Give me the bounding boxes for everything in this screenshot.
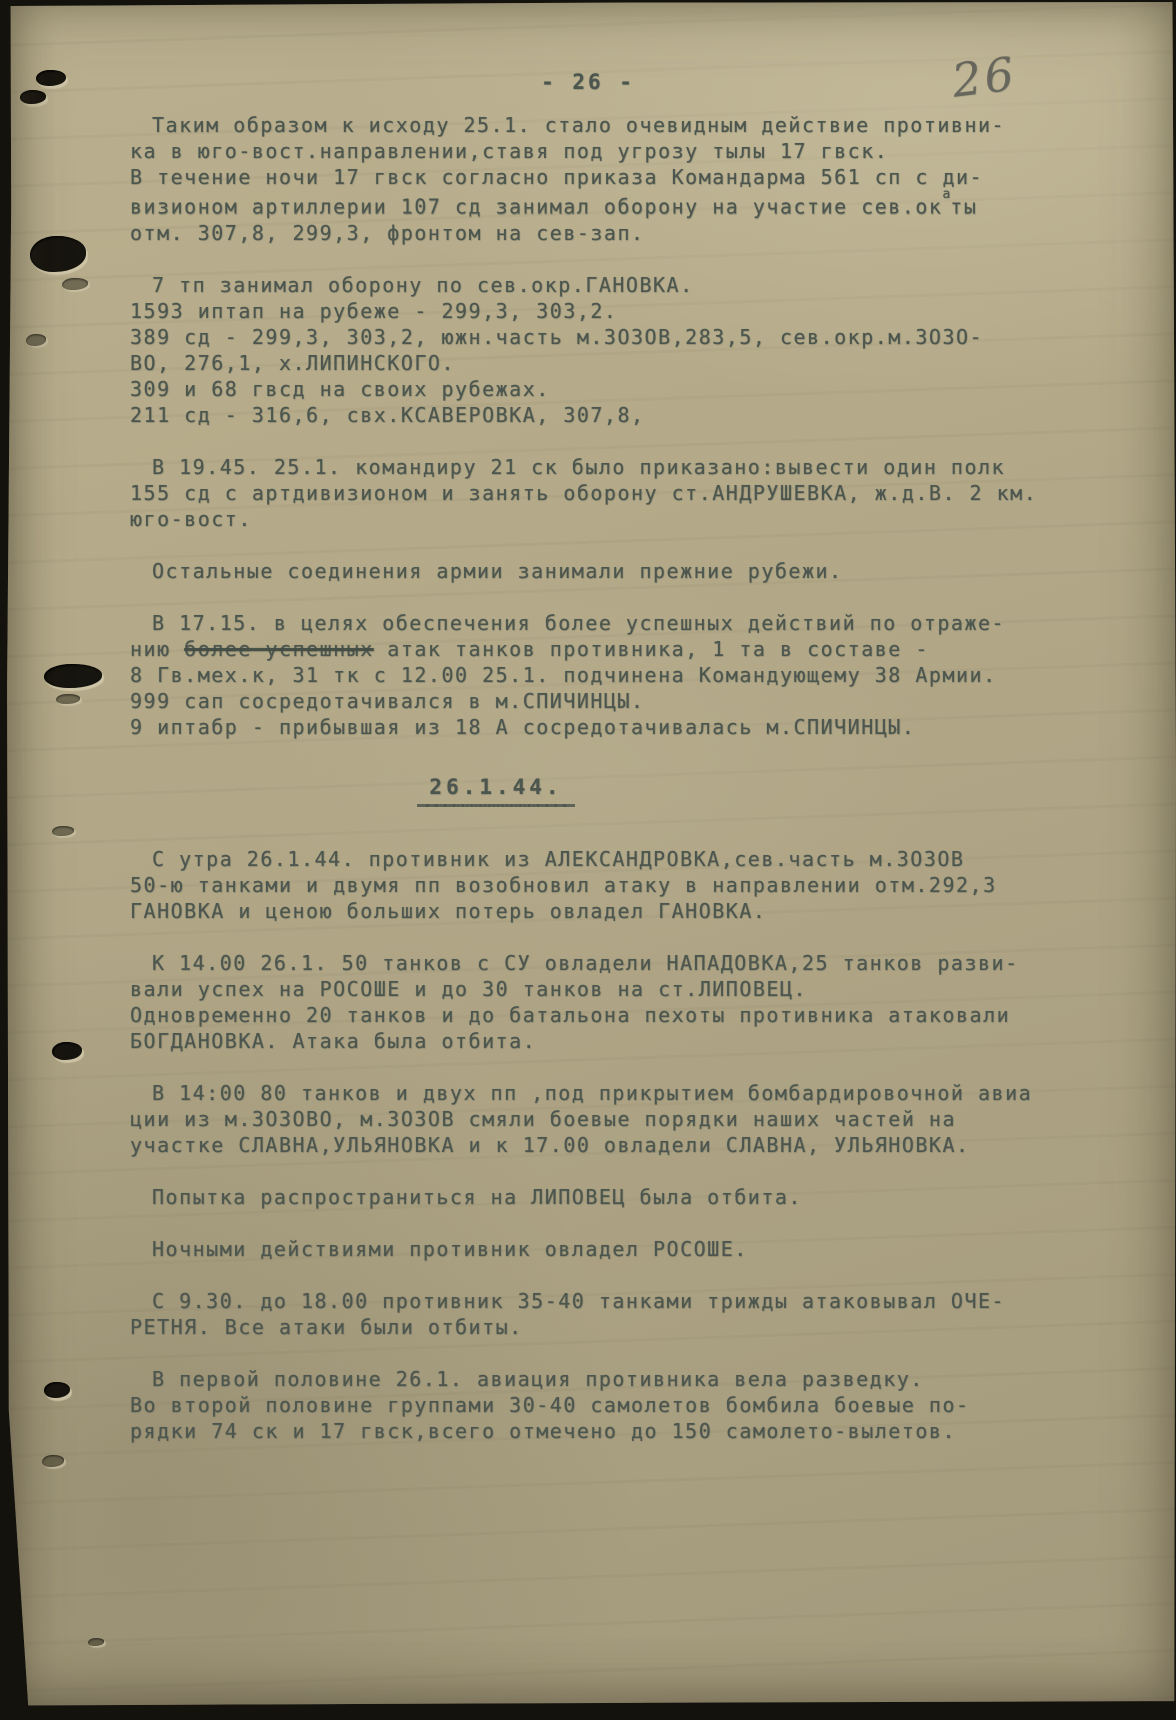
paper-hole (44, 1382, 70, 1398)
text-line: отм. 307,8, 299,3, фронтом на сев-зап. (130, 221, 645, 245)
scanned-document-page: { "page_header": { "typed_page_number": … (0, 0, 1176, 1720)
text-line: вали успех на РОСОШЕ и до 30 танков на с… (130, 977, 807, 1001)
text-line: 309 и 68 гвсд на своих рубежах. (130, 377, 550, 401)
paragraph: С утра 26.1.44. противник из АЛЕКСАНДРОВ… (130, 846, 1052, 924)
text-line: ГАНОВКА и ценою больших потерь овладел Г… (130, 899, 766, 923)
handwritten-page-number: 26 (949, 46, 1020, 107)
text-line: 155 сд с артдивизионом и занять оборону … (130, 481, 1037, 505)
date-heading-text: 26.1.44. (417, 775, 574, 807)
date-heading: 26.1.44. (35, 774, 957, 800)
paper-hole (44, 664, 102, 688)
text-line: 1593 иптап на рубеже - 299,3, 303,2. (130, 299, 617, 323)
document-body: Таким образом к исходу 25.1. стало очеви… (130, 112, 1052, 1470)
text-line: В первой половине 26.1. авиация противни… (152, 1367, 924, 1391)
text-line: БОГДАНОВКА. Атака была отбита. (130, 1029, 536, 1053)
text-line: нию (130, 637, 184, 661)
text-line: В 17.15. в целях обеспечения более успеш… (152, 611, 1005, 635)
text-line: атак танков противника, 1 та в составе - (374, 637, 929, 661)
paper-tear (56, 694, 80, 704)
paragraph: В 17.15. в целях обеспечения более успеш… (130, 610, 1052, 740)
paper-hole (20, 90, 46, 104)
paper-tear (26, 334, 46, 346)
paragraph: В первой половине 26.1. авиация противни… (130, 1366, 1052, 1444)
paragraph: С 9.30. до 18.00 противник 35-40 танками… (130, 1288, 1052, 1340)
text-line: Одновременно 20 танков и до батальона пе… (130, 1003, 1010, 1027)
text-line: С 9.30. до 18.00 противник 35-40 танками… (152, 1289, 1005, 1313)
paragraph: В 14:00 80 танков и двух пп ,под прикрыт… (130, 1080, 1052, 1158)
text-line: 50-ю танками и двумя пп возобновил атаку… (130, 873, 997, 897)
paper-hole (30, 236, 86, 272)
text-line: 7 тп занимал оборону по сев.окр.ГАНОВКА. (152, 273, 694, 297)
paragraph: Таким образом к исходу 25.1. стало очеви… (130, 112, 1052, 246)
text-line: 211 сд - 316,6, свх.КСАВЕРОВКА, 307,8, (130, 403, 645, 427)
text-line: Попытка распространиться на ЛИПОВЕЦ была… (152, 1185, 802, 1209)
paper-tear (62, 278, 88, 290)
text-line: ты (950, 195, 977, 219)
paper-hole (52, 1042, 82, 1060)
text-line: рядки 74 ск и 17 гвск,всего отмечено до … (130, 1419, 956, 1443)
text-line: Таким образом к исходу 25.1. стало очеви… (152, 113, 1005, 137)
text-line: ка в юго-вост.направлении,ставя под угро… (130, 139, 888, 163)
text-line: С утра 26.1.44. противник из АЛЕКСАНДРОВ… (152, 847, 964, 871)
paper-sheet: - 26 - 26 Таким образом к исходу 25.1. с… (0, 0, 1176, 1720)
paragraph: Ночными действиями противник овладел РОС… (130, 1236, 1052, 1262)
text-line: В 14:00 80 танков и двух пп ,под прикрыт… (152, 1081, 1032, 1105)
text-line: ции из м.ЗОЗОВО, м.ЗОЗОВ смяли боевые по… (130, 1107, 956, 1131)
text-line: В течение ночи 17 гвск согласно приказа … (130, 165, 983, 189)
text-line: Остальные соединения армии занимали преж… (152, 559, 843, 583)
text-line: участке СЛАВНА,УЛЬЯНОВКА и к 17.00 овлад… (130, 1133, 970, 1157)
paper-tear (52, 826, 74, 836)
handwritten-insertion: а (942, 187, 950, 202)
text-line: РЕТНЯ. Все атаки были отбиты. (130, 1315, 523, 1339)
text-line: 389 сд - 299,3, 303,2, южн.часть м.ЗОЗОВ… (130, 325, 983, 349)
paragraph: 7 тп занимал оборону по сев.окр.ГАНОВКА.… (130, 272, 1052, 428)
text-line: Во второй половине группами 30-40 самоле… (130, 1393, 970, 1417)
paragraph: Остальные соединения армии занимали преж… (130, 558, 1052, 584)
paragraph: Попытка распространиться на ЛИПОВЕЦ была… (130, 1184, 1052, 1210)
text-line: визионом артиллерии 107 сд занимал оборо… (130, 195, 942, 219)
text-line: 8 Гв.мех.к, 31 тк с 12.00 25.1. подчинен… (130, 663, 997, 687)
paragraph: В 19.45. 25.1. командиру 21 ск было прик… (130, 454, 1052, 532)
text-line: К 14.00 26.1. 50 танков с СУ овладели НА… (152, 951, 1019, 975)
text-line: ВО, 276,1, х.ЛИПИНСКОГО. (130, 351, 455, 375)
text-line: 9 иптабр - прибывшая из 18 А сосредотачи… (130, 715, 915, 739)
text-line: юго-вост. (130, 507, 252, 531)
strikethrough-text: более успешных (184, 637, 374, 661)
paragraph: К 14.00 26.1. 50 танков с СУ овладели НА… (130, 950, 1052, 1054)
paper-tear (88, 1638, 104, 1646)
paper-tear (42, 1455, 64, 1467)
text-line: 26.1.44. (423, 775, 568, 807)
text-line: В 19.45. 25.1. командиру 21 ск было прик… (152, 455, 1005, 479)
text-line: Ночными действиями противник овладел РОС… (152, 1237, 748, 1261)
text-line: 999 сап сосредотачивался в м.СПИЧИНЦЫ. (130, 689, 645, 713)
